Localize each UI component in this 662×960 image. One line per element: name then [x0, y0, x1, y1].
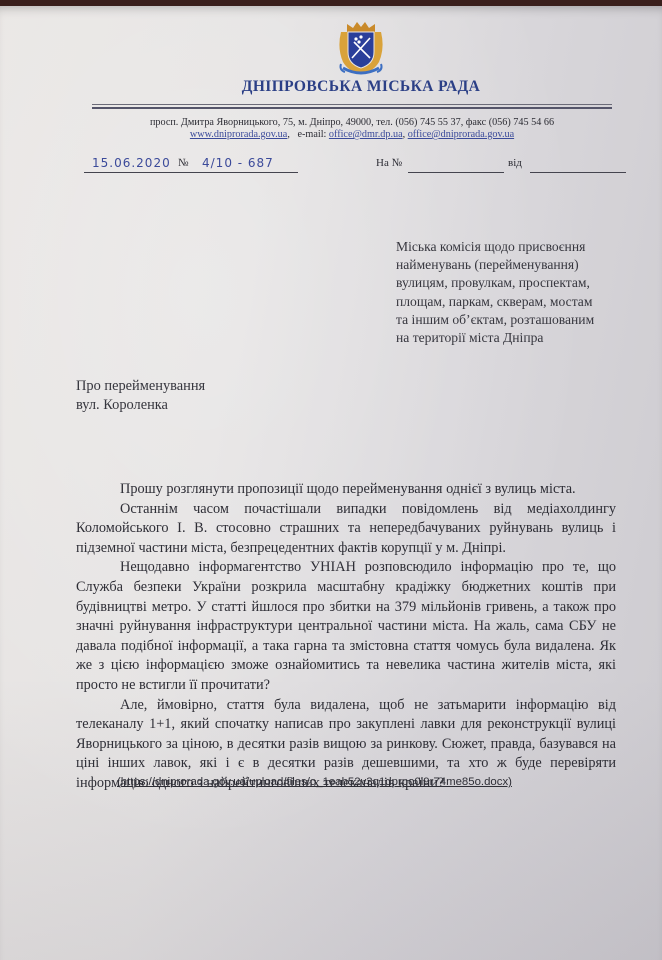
recipient-line: Міська комісія щодо присвоєння	[396, 238, 646, 256]
email-link-1[interactable]: office@dmr.dp.ua	[329, 129, 403, 140]
address-line: просп. Дмитра Яворницького, 75, м. Дніпр…	[92, 117, 612, 129]
reply-to-blank	[408, 172, 504, 173]
from-label: від	[508, 157, 522, 169]
contact-line: www.dniprorada.gov.ua, e-mail: office@dm…	[92, 129, 612, 141]
handwritten-number: 4/10 - 687	[202, 156, 274, 170]
body-paragraph: Останнім часом почастішали випадки повід…	[76, 500, 616, 559]
letter-page: ДНІПРОВСЬКА МІСЬКА РАДА просп. Дмитра Яв…	[0, 6, 662, 960]
recipient-line: вулицям, провулкам, проспектам,	[396, 274, 646, 292]
dnipro-coat-of-arms-icon	[335, 18, 387, 78]
email-label: e-mail:	[298, 129, 327, 140]
recipient-block: Міська комісія щодо присвоєння найменува…	[396, 238, 646, 347]
recipient-line: найменувань (перейменування)	[396, 256, 646, 274]
recipient-line: та іншим об’єктам, розташованим	[396, 311, 646, 329]
subject-line: вул. Короленка	[76, 396, 336, 415]
subject-line: Про перейменування	[76, 377, 336, 396]
reply-to-label: На №	[376, 157, 402, 169]
recipient-line: на території міста Дніпра	[396, 329, 646, 347]
letterhead-divider-thick	[92, 107, 612, 109]
organization-title: ДНІПРОВСЬКА МІСЬКА РАДА	[0, 78, 662, 96]
source-link[interactable]: (https://dniprorada.gov.ua/upload/files/…	[117, 776, 512, 788]
recipient-line: площам, паркам, скверам, мостам	[396, 293, 646, 311]
from-blank	[530, 172, 626, 173]
body-paragraph: Прошу розглянути пропозиції щодо перейме…	[76, 480, 616, 500]
source-link-line: (https://dniprorada.gov.ua/upload/files/…	[117, 776, 557, 788]
letter-body: Прошу розглянути пропозиції щодо перейме…	[76, 480, 616, 794]
letterhead-divider	[92, 104, 612, 105]
subject-block: Про перейменування вул. Короленка	[76, 377, 336, 415]
number-label: №	[178, 157, 189, 169]
letterhead-address: просп. Дмитра Яворницького, 75, м. Дніпр…	[92, 117, 612, 141]
email-link-2[interactable]: office@dniprorada.gov.ua	[408, 129, 514, 140]
body-paragraph: Нещодавно інформагентство УНІАН розповсю…	[76, 558, 616, 695]
handwritten-date: 15.06.2020	[92, 156, 171, 170]
website-link[interactable]: www.dniprorada.gov.ua	[190, 129, 287, 140]
date-number-underline	[84, 172, 298, 173]
